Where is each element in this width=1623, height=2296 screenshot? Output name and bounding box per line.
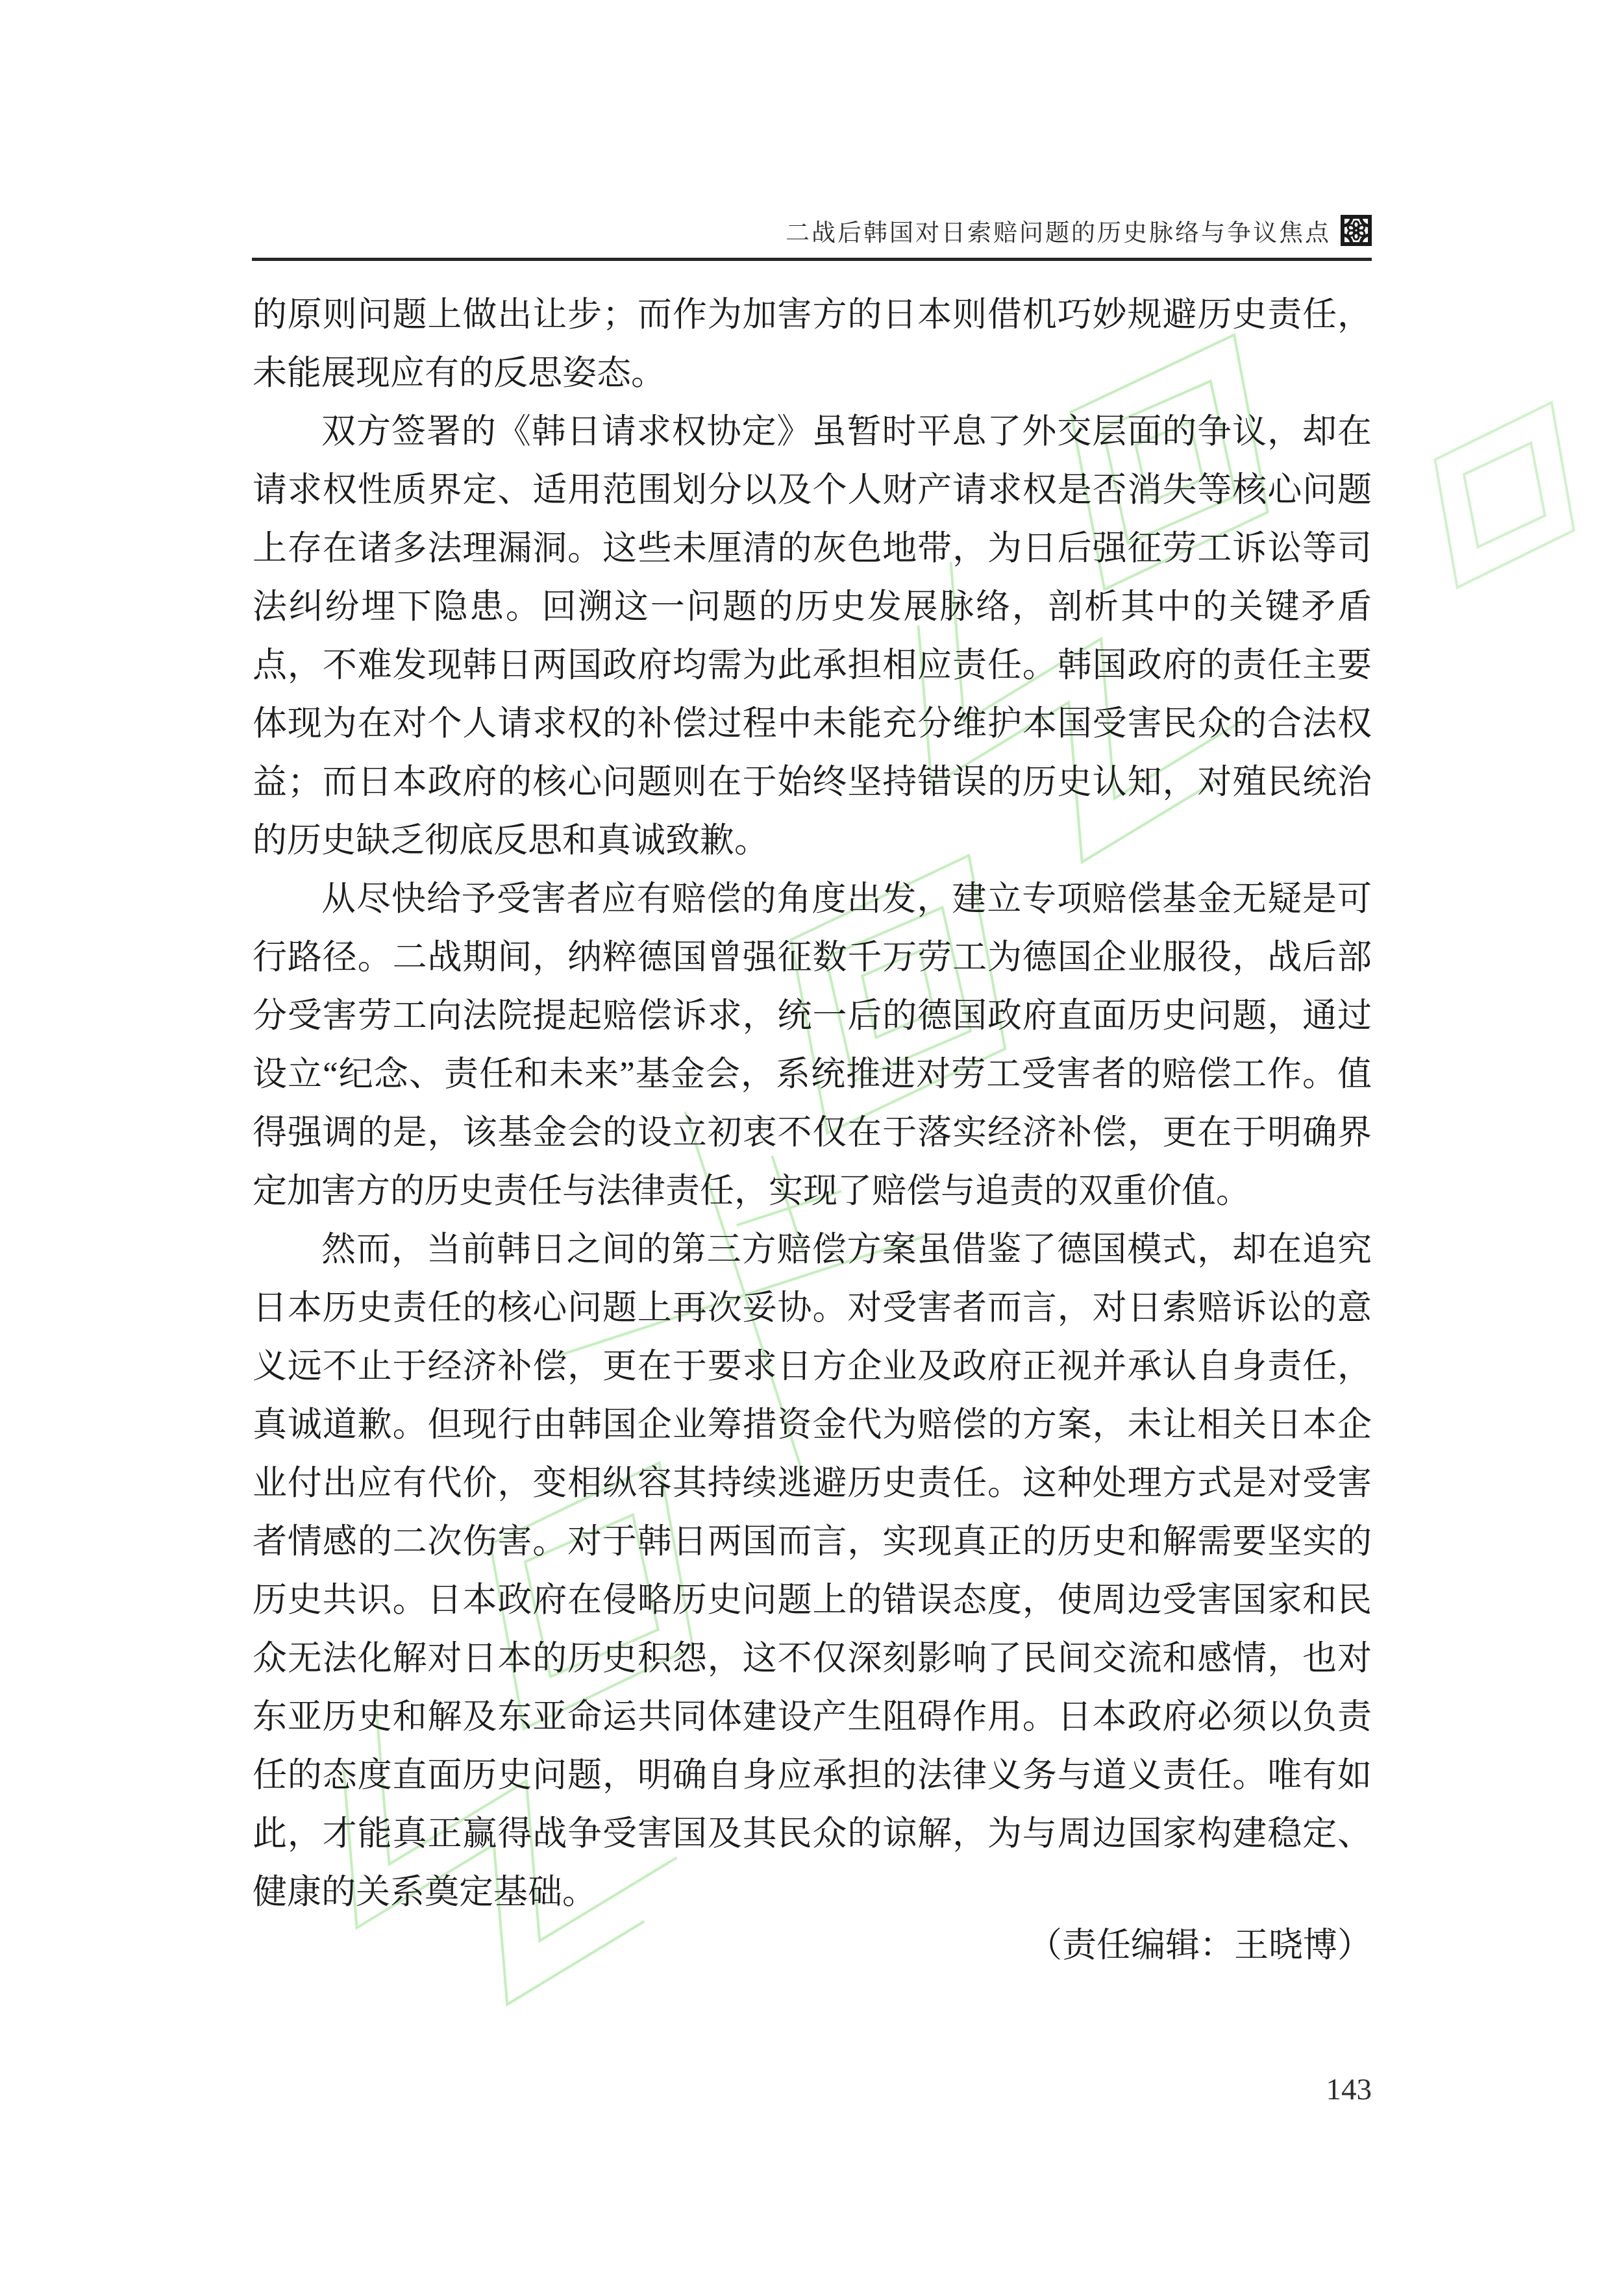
body-paragraph: 的原则问题上做出让步；而作为加害方的日本则借机巧妙规避历史责任，未能展现应有的反…	[253, 286, 1372, 402]
article-body: 的原则问题上做出让步；而作为加害方的日本则借机巧妙规避历史责任，未能展现应有的反…	[253, 286, 1372, 1921]
running-header-title: 二战后韩国对日索赔问题的历史脉络与争议焦点	[786, 213, 1331, 248]
floral-ornament-icon	[1341, 215, 1372, 246]
body-paragraph: 从尽快给予受害者应有赔偿的角度出发，建立专项赔偿基金无疑是可行路径。二战期间，纳…	[253, 870, 1372, 1220]
editor-credit: （责任编辑：王晓博）	[253, 1916, 1372, 1975]
body-paragraph: 双方签署的《韩日请求权协定》虽暂时平息了外交层面的争议，却在请求权性质界定、适用…	[253, 402, 1372, 870]
running-header: 二战后韩国对日索赔问题的历史脉络与争议焦点	[253, 212, 1372, 249]
page-number: 143	[253, 2072, 1372, 2107]
header-rule	[252, 258, 1372, 261]
body-paragraph: 然而，当前韩日之间的第三方赔偿方案虽借鉴了德国模式，却在追究日本历史责任的核心问…	[253, 1220, 1372, 1921]
journal-page: 二战后韩国对日索赔问题的历史脉络与争议焦点 的原则问题上做出让步；而作为加害方的…	[0, 0, 1623, 2296]
